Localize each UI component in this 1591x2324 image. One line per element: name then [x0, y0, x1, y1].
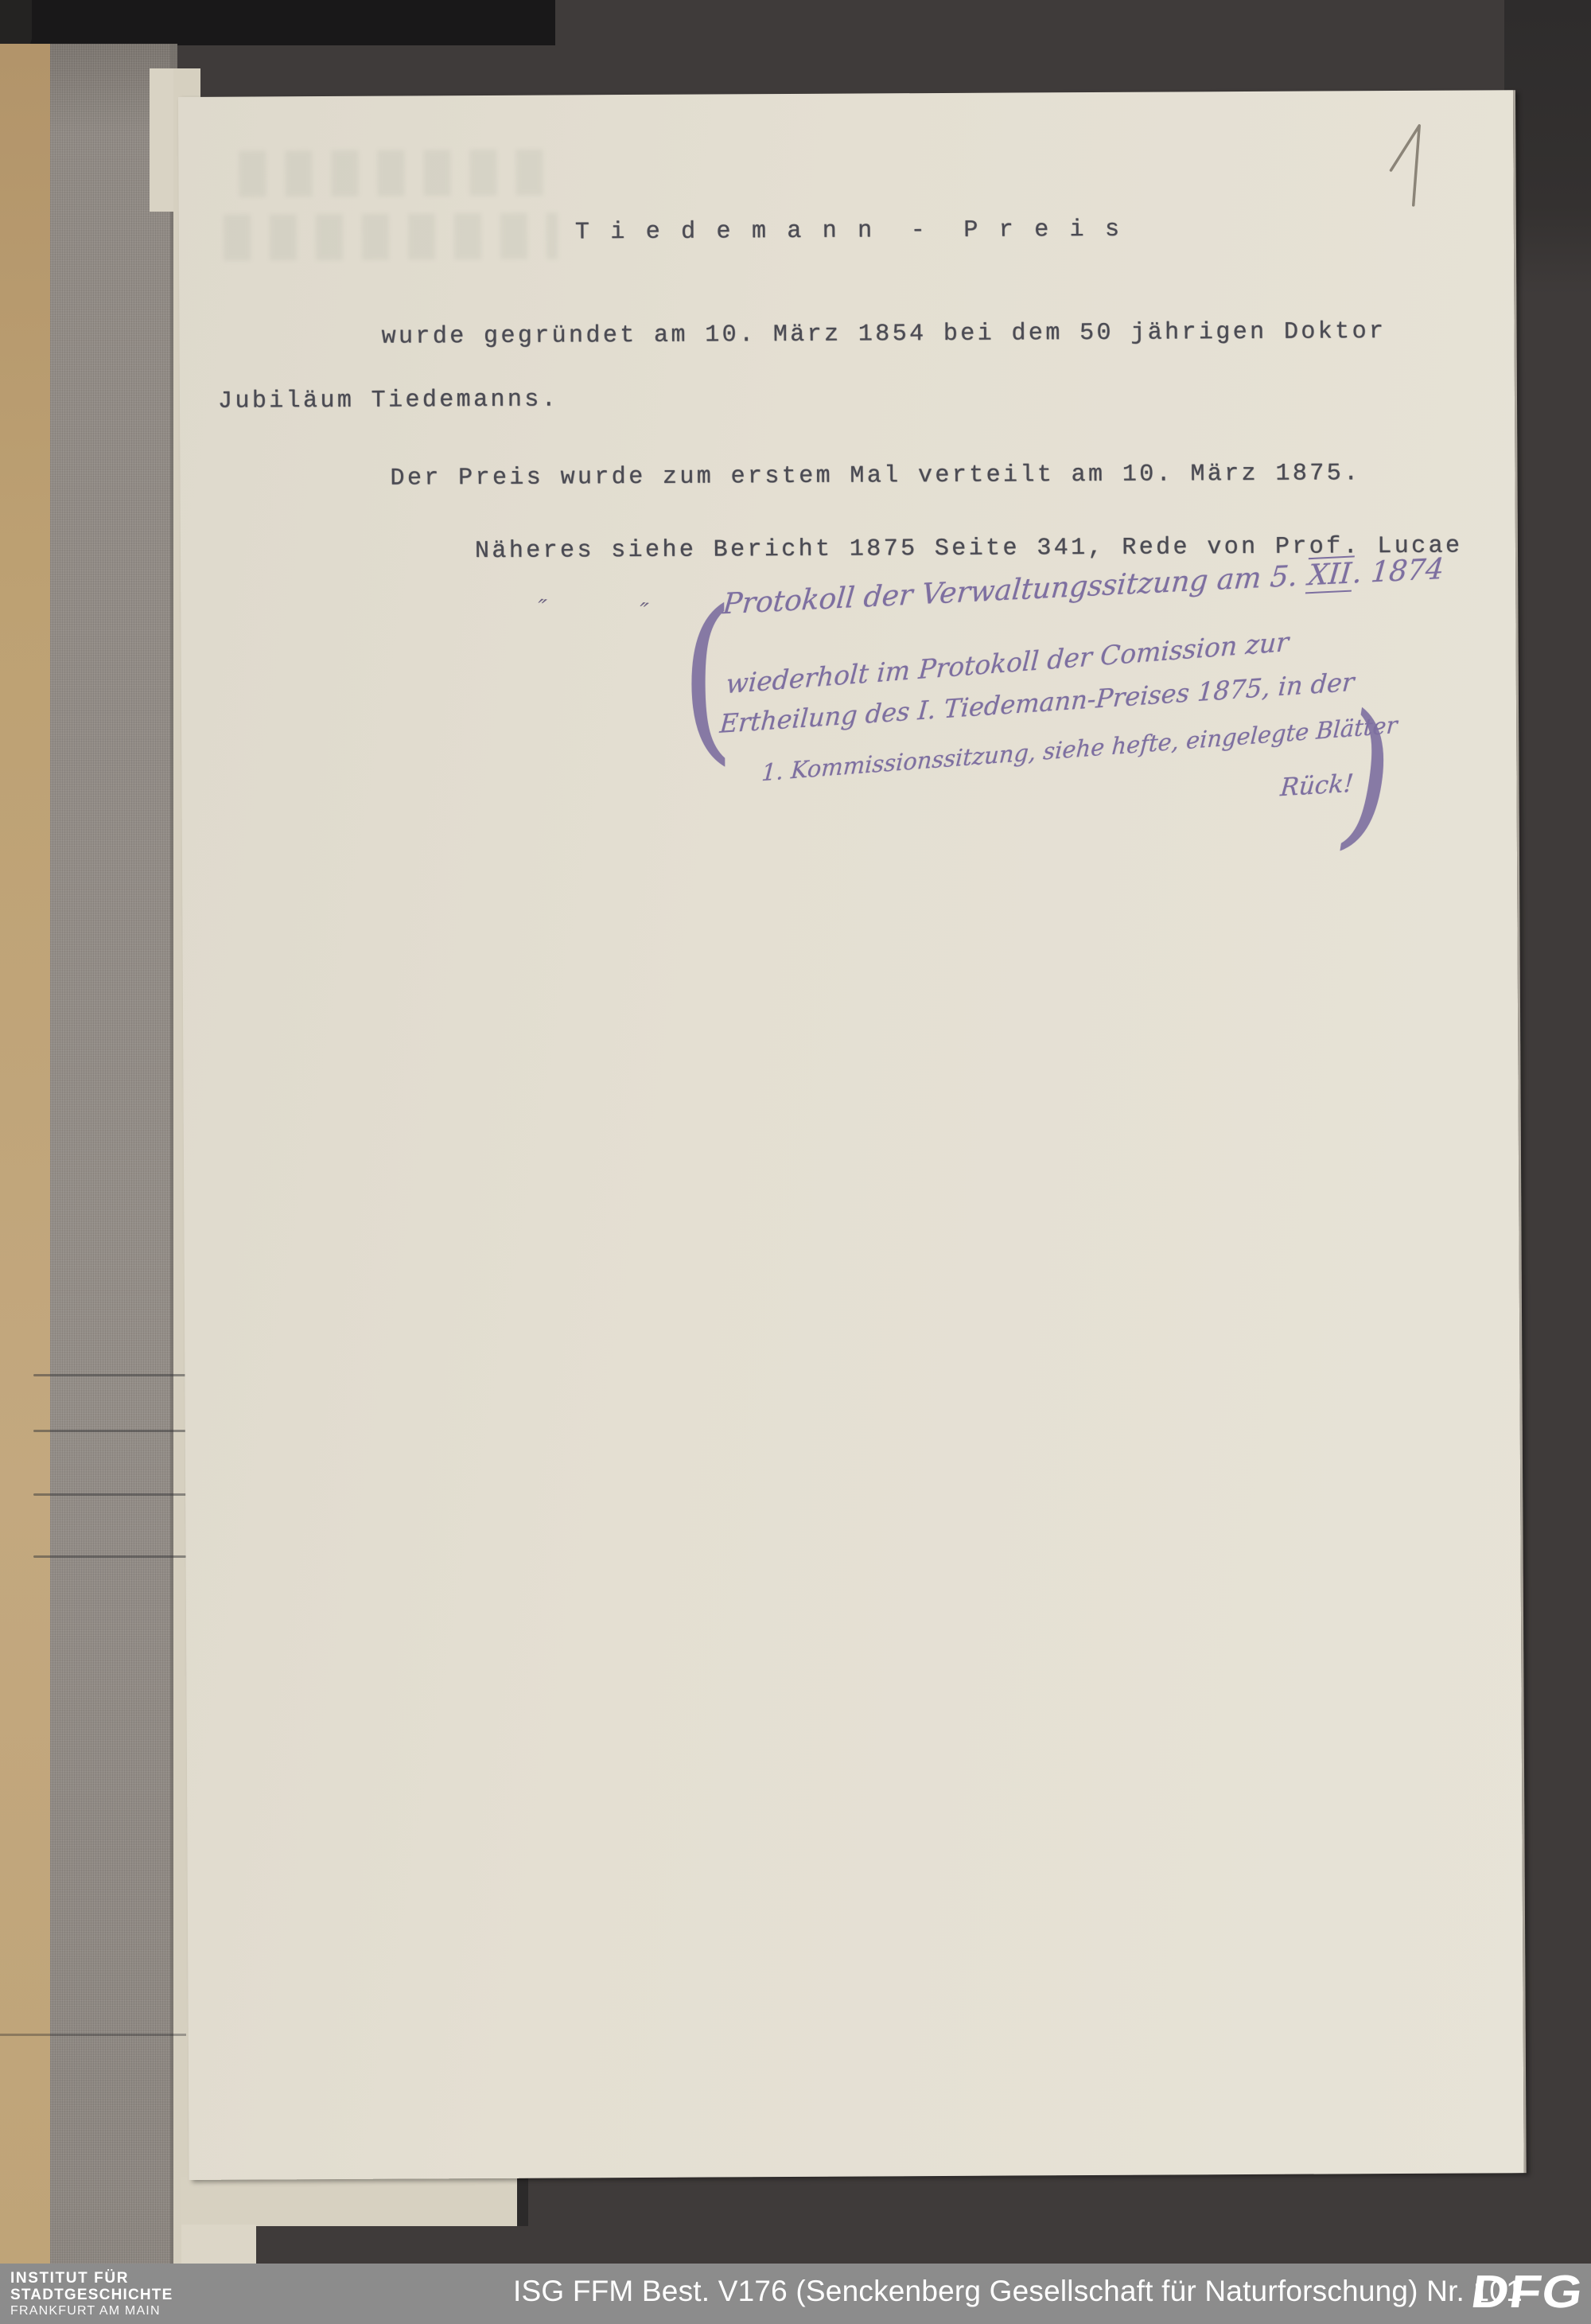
binding-crease-line	[33, 1430, 186, 1432]
page-number-pencil: 1	[1384, 121, 1441, 212]
handwriting-line1-pre: Protokoll der Verwaltungssitzung am 5.	[722, 559, 1309, 621]
footer-bar: INSTITUT FÜR STADTGESCHICHTE FRANKFURT A…	[0, 2264, 1591, 2324]
bleedthrough-ghost	[239, 150, 557, 197]
archive-reference: ISG FFM Best. V176 (Senckenberg Gesellsc…	[513, 2275, 1523, 2308]
document-title: T i e d e m a n n - P r e i s	[575, 216, 1122, 247]
background-shadow-band	[0, 0, 555, 45]
institute-line2: STADTGESCHICHTE	[10, 2287, 173, 2303]
underlying-sheet-edge	[181, 2177, 519, 2226]
ditto-mark: ″	[637, 598, 650, 626]
institute-line3: FRANKFURT AM MAIN	[10, 2305, 173, 2318]
pencil-one-stroke	[1384, 121, 1441, 212]
document-page: 1 T i e d e m a n n - P r e i s wurde ge…	[178, 90, 1527, 2180]
handwriting-roman-numeral: XII	[1305, 555, 1355, 594]
sheet-gap-shadow	[517, 2178, 528, 2226]
dfg-logo: DFG	[1468, 2265, 1587, 2318]
binding-crease-line	[33, 1493, 186, 1496]
bleedthrough-ghost	[224, 213, 558, 261]
archival-scan: 1 T i e d e m a n n - P r e i s wurde ge…	[0, 0, 1591, 2324]
paragraph1-line1: wurde gegründet am 10. März 1854 bei dem…	[381, 318, 1386, 351]
binding-crease-line	[33, 1555, 186, 1558]
ditto-mark: ″	[535, 594, 548, 623]
binding-board-strip	[0, 44, 50, 2264]
paragraph1-line2: Jubiläum Tiedemanns.	[218, 387, 558, 415]
underlying-sheet-edge	[181, 2225, 256, 2266]
binding-crease-line	[33, 1374, 186, 1376]
binding-seam-line	[0, 2034, 186, 2036]
paragraph2: Der Preis wurde zum erstem Mal verteilt …	[390, 460, 1360, 492]
background-corner-shadow-right	[1504, 0, 1591, 294]
institute-logo: INSTITUT FÜR STADTGESCHICHTE FRANKFURT A…	[10, 2271, 173, 2318]
handwriting-line1-post: . 1874	[1352, 553, 1445, 590]
binding-cloth-strip	[50, 44, 177, 2264]
institute-line1: INSTITUT FÜR	[10, 2271, 173, 2286]
